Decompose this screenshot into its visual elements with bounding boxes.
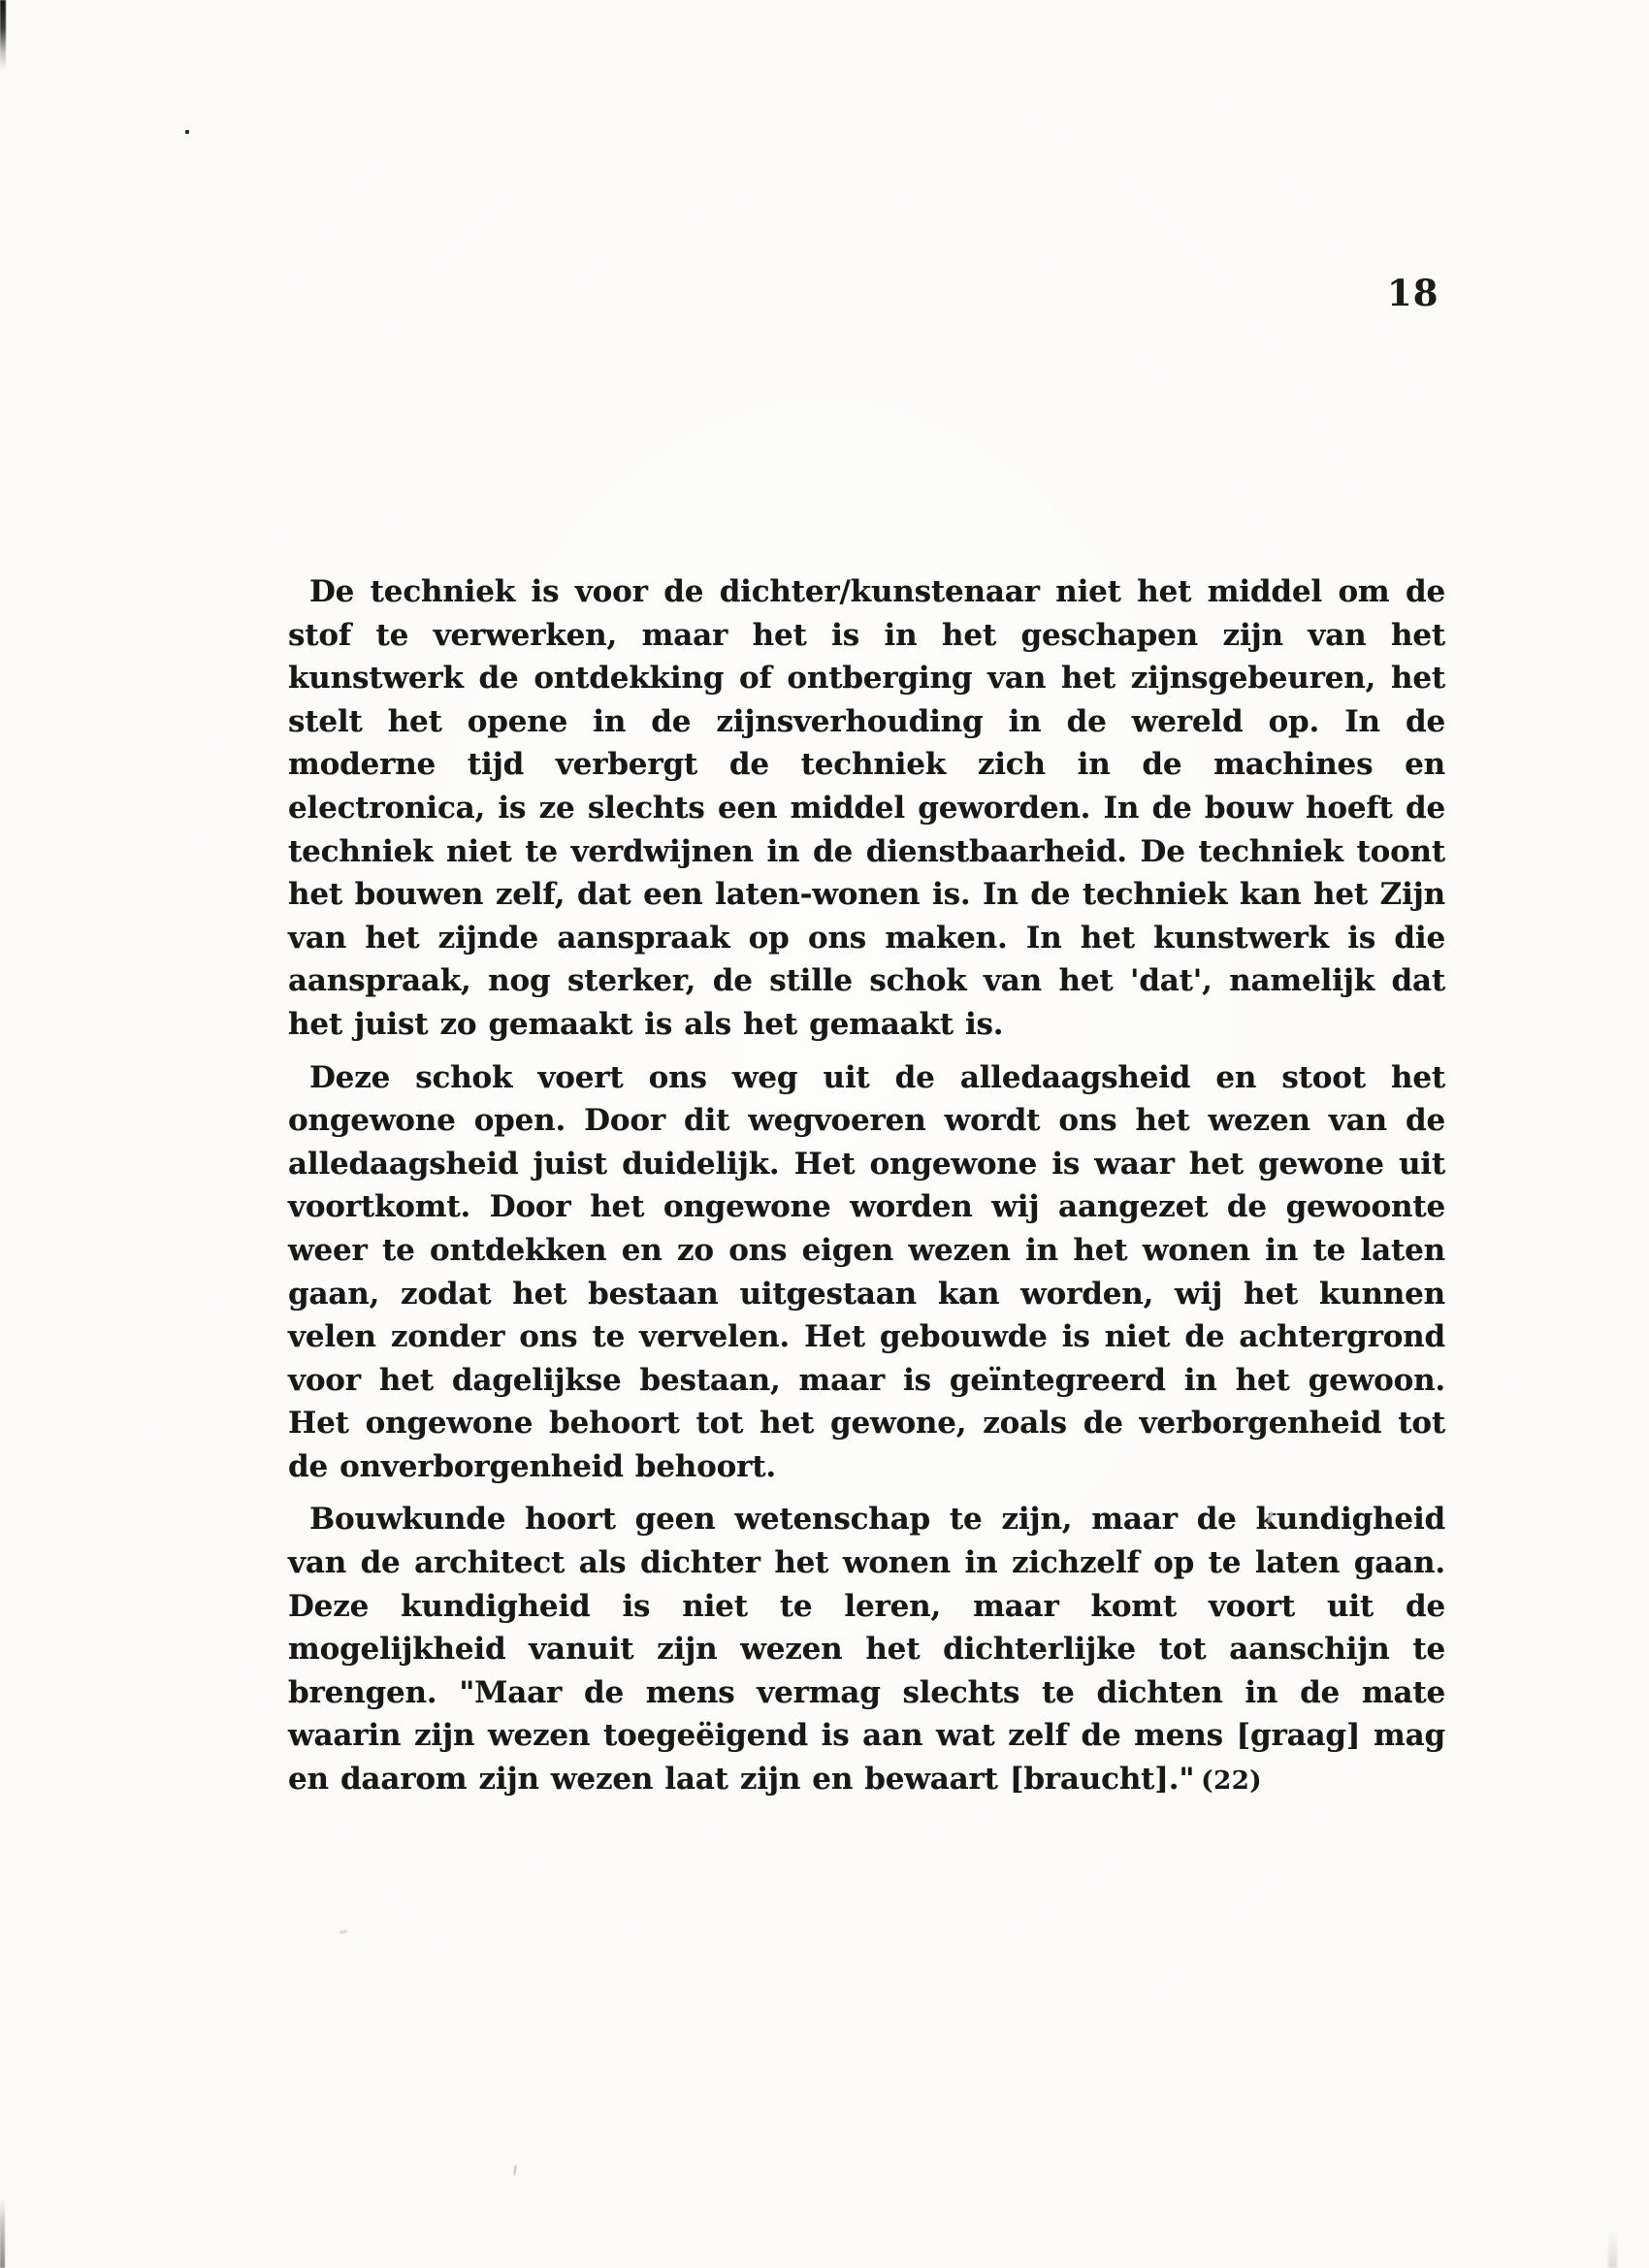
scan-streak-top-left — [0, 0, 6, 70]
paragraph-3-text: Bouwkunde hoort geen wetenschap te zijn,… — [288, 1502, 1445, 1797]
paragraph-1-text: De techniek is voor de dichter/kunstenaa… — [288, 574, 1445, 1042]
paragraph-2-text: Deze schok voert ons weg uit de alledaag… — [288, 1060, 1445, 1484]
scan-tick-artifact — [513, 2165, 516, 2175]
footnote-reference: (22) — [1201, 1766, 1262, 1796]
scan-speck-artifact — [339, 1929, 347, 1934]
page-number: 18 — [1387, 272, 1439, 314]
scan-streak-bottom-left — [0, 2198, 5, 2268]
paragraph-2: Deze schok voert ons weg uit de alledaag… — [288, 1056, 1445, 1489]
paragraph-3: Bouwkunde hoort geen wetenschap te zijn,… — [288, 1498, 1445, 1802]
body-text: De techniek is voor de dichter/kunstenaa… — [288, 570, 1445, 1803]
scan-smudge-artifact — [1608, 2231, 1617, 2268]
scanned-page: 18 De techniek is voor de dichter/kunste… — [0, 0, 1649, 2268]
scan-dot-artifact — [185, 130, 189, 134]
paragraph-1: De techniek is voor de dichter/kunstenaa… — [288, 570, 1445, 1047]
